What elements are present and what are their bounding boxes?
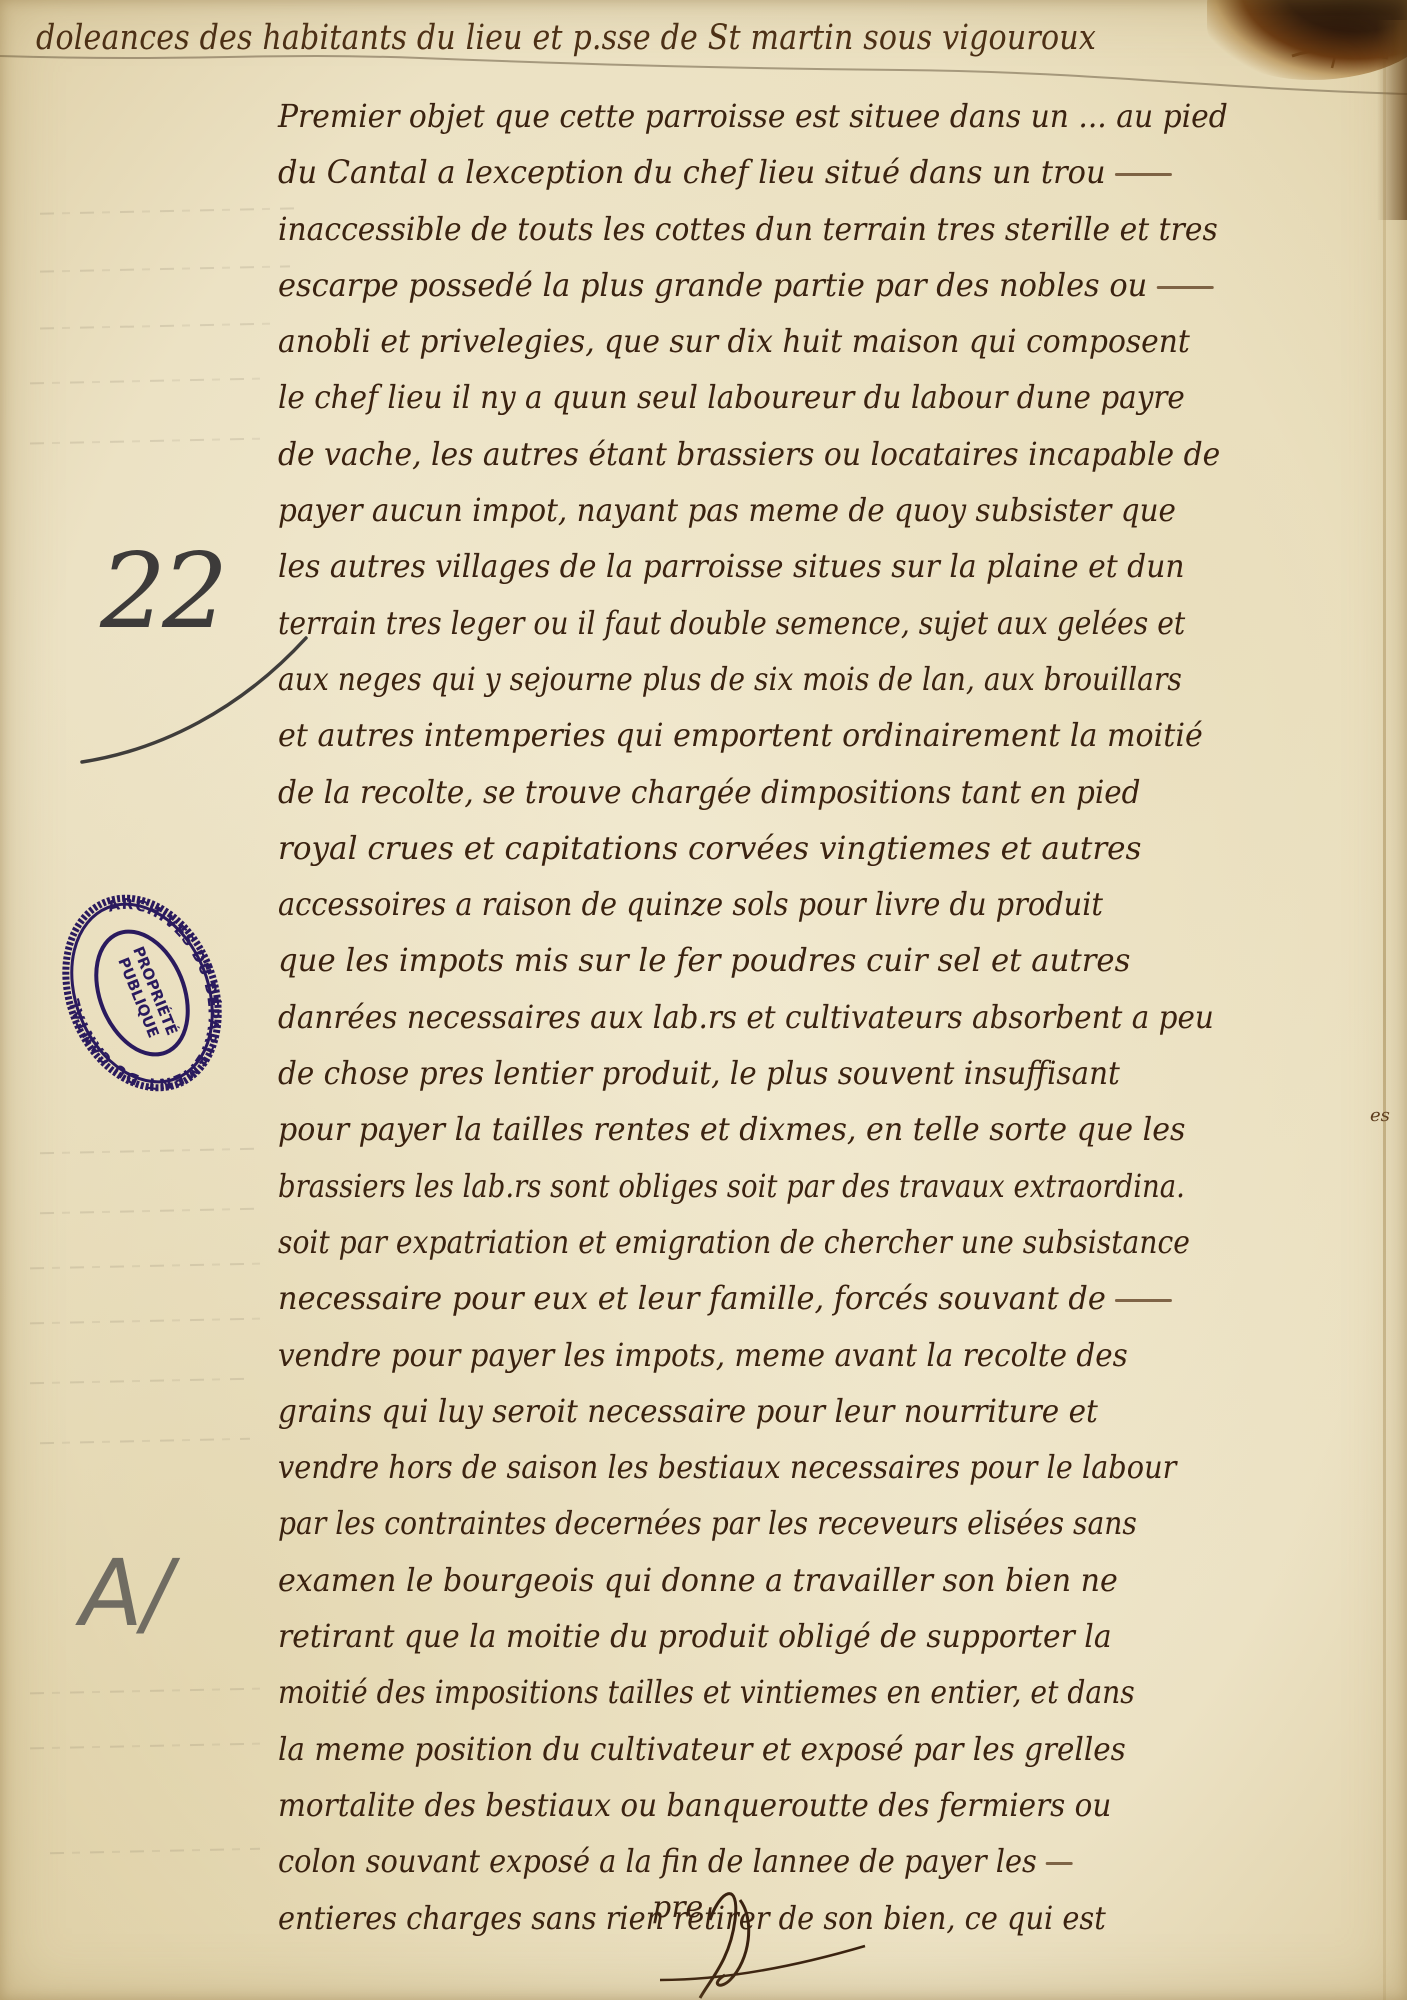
text-line: et autres intemperies qui emportent ordi… [278, 707, 1321, 763]
text-line: soit par expatriation et emigration de c… [278, 1214, 1255, 1270]
text-line: les autres villages de la parroisse situ… [278, 538, 1310, 594]
manuscript-body: Premier objet que cette parroisse est si… [278, 88, 1388, 1946]
text-line: mortalite des bestiaux ou banqueroutte d… [278, 1777, 1299, 1833]
text-line: moitié des impositions tailles et vintie… [278, 1664, 1255, 1720]
text-line: royal crues et capitations corvées vingt… [278, 820, 1355, 876]
text-line: de chose pres lentier produit, le plus s… [278, 1045, 1299, 1101]
text-line: inaccessible de touts les cottes dun ter… [278, 201, 1310, 257]
text-line: accessoires a raison de quinze sols pour… [278, 876, 1277, 932]
archives-stamp: ARCHIVES DU DÉPARTEMENT DU CANTAL PROPRI… [62, 888, 222, 1098]
line-fill-dash [1115, 1299, 1172, 1302]
text-line: la meme position du cultivateur et expos… [278, 1721, 1299, 1777]
document-heading: doleances des habitants du lieu et p.sse… [36, 18, 1096, 58]
text-line: de vache, les autres étant brassiers ou … [278, 426, 1310, 482]
text-line: examen le bourgeois qui donne a travaill… [278, 1552, 1321, 1608]
line-fill-dash [1157, 286, 1214, 289]
text-line: que les impots mis sur le fer poudres cu… [278, 932, 1344, 988]
text-line: pour payer la tailles rentes et dixmes, … [278, 1101, 1321, 1157]
text-line: de la recolte, se trouve chargée dimposi… [278, 764, 1299, 820]
manuscript-page: doleances des habitants du lieu et p.sse… [0, 0, 1407, 2000]
text-line: le chef lieu il ny a quun seul laboureur… [278, 369, 1299, 425]
text-line: danrées necessaires aux lab.rs et cultiv… [278, 989, 1299, 1045]
text-line: necessaire pour eux et leur famille, for… [278, 1270, 1333, 1326]
text-line: Premier objet que cette parroisse est si… [278, 88, 1310, 144]
burned-edge [1377, 20, 1407, 220]
line-fill-dash [1046, 1862, 1073, 1865]
text-line: grains qui luy seroit necessaire pour le… [278, 1383, 1299, 1439]
text-line: anobli et privelegies, que sur dix huit … [278, 313, 1310, 369]
line-fill-dash [1115, 173, 1172, 176]
text-line: par les contraintes decernées par les re… [278, 1495, 1255, 1551]
text-line: brassiers les lab.rs sont obliges soit p… [278, 1158, 1233, 1214]
folio-swoosh-stroke [70, 630, 330, 770]
text-line: vendre hors de saison les bestiaux neces… [278, 1439, 1277, 1495]
text-line: terrain tres leger ou il faut double sem… [278, 595, 1255, 651]
text-line: retirant que la moitie du produit obligé… [278, 1608, 1310, 1664]
text-line: du Cantal a lexception du chef lieu situ… [278, 144, 1333, 200]
text-line: aux neges qui y sejourne plus de six moi… [278, 651, 1255, 707]
right-margin-superscript: es [1370, 1105, 1390, 1126]
text-line: vendre pour payer les impots, meme avant… [278, 1327, 1299, 1383]
text-line: payer aucun impot, nayant pas meme de qu… [278, 482, 1299, 538]
pencil-annotation: A/ [71, 1540, 184, 1647]
paraph-signature [640, 1880, 870, 2000]
text-line: escarpe possedé la plus grande partie pa… [278, 257, 1333, 313]
